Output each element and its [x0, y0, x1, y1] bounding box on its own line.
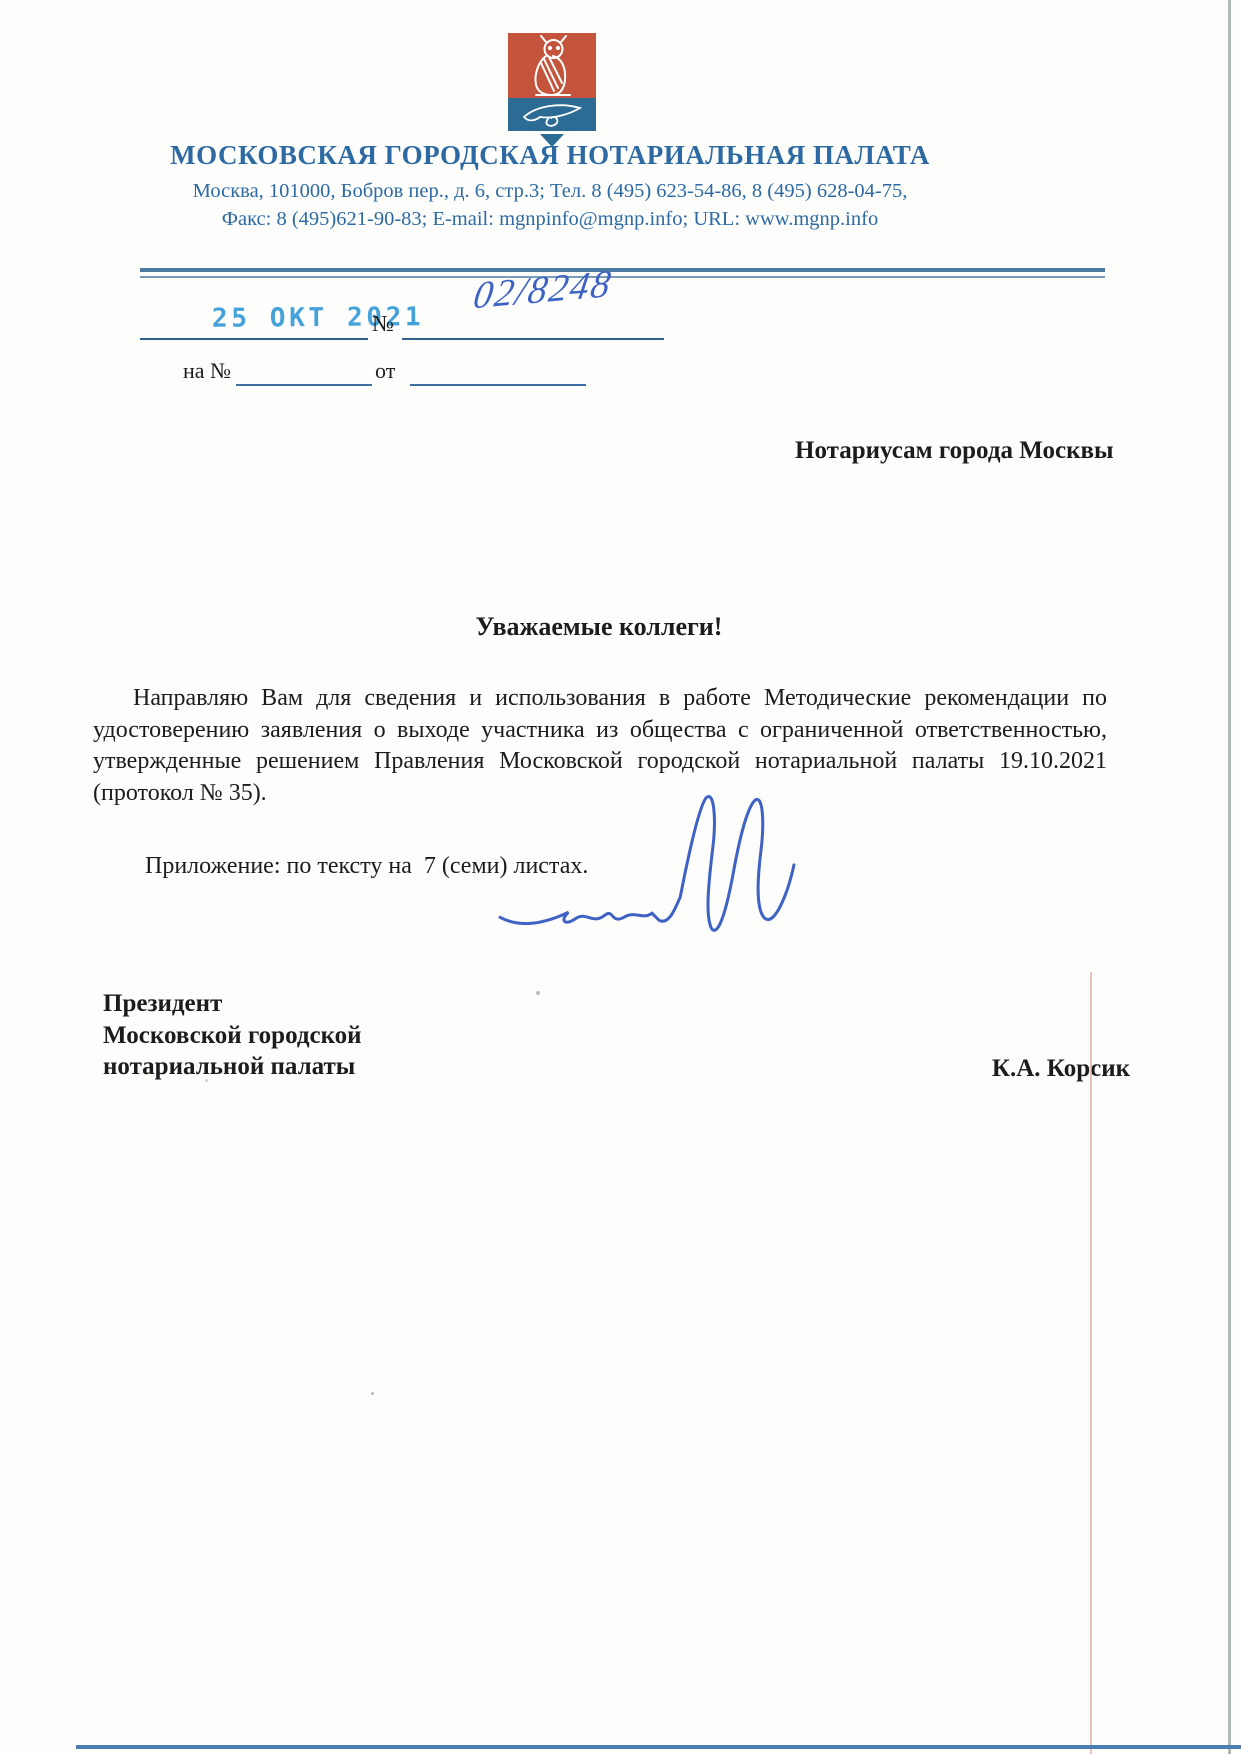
contact-line-fax-email: Факс: 8 (495)621-90-83; E-mail: mgnpinfo… — [0, 208, 1100, 231]
organization-logo — [508, 33, 596, 148]
scan-speck — [205, 1079, 208, 1082]
signer-title-line-2: Московской городской — [103, 1020, 362, 1052]
number-label: № — [372, 311, 394, 337]
shield-emblem — [508, 33, 596, 148]
scan-edge-line-right — [1228, 0, 1231, 1754]
incoming-number-label: на № — [183, 358, 231, 384]
organization-name: МОСКОВСКАЯ ГОРОДСКАЯ НОТАРИАЛЬНАЯ ПАЛАТА — [0, 140, 1100, 171]
addressee: Нотариусам города Москвы — [795, 437, 1147, 465]
signer-title-block: Президент Московской городской нотариаль… — [103, 988, 362, 1083]
incoming-date-blank-line — [410, 384, 586, 386]
handwritten-signature — [492, 788, 804, 960]
date-blank-line — [140, 338, 368, 340]
letter-page: МОСКОВСКАЯ ГОРОДСКАЯ НОТАРИАЛЬНАЯ ПАЛАТА… — [0, 0, 1241, 1754]
scan-speck — [371, 1392, 374, 1395]
number-blank-line — [402, 338, 664, 340]
signer-title-line-3: нотариальной палаты — [103, 1051, 362, 1083]
incoming-date-label: от — [375, 358, 395, 384]
signer-title-line-1: Президент — [103, 988, 362, 1020]
scan-artifact-pink-line — [1090, 972, 1092, 1754]
contact-line-address: Москва, 101000, Бобров пер., д. 6, стр.3… — [0, 180, 1100, 203]
scan-speck — [536, 991, 540, 995]
incoming-number-blank-line — [236, 384, 372, 386]
scan-edge-line-bottom — [76, 1745, 1241, 1749]
salutation: Уважаемые коллеги! — [93, 612, 1105, 642]
